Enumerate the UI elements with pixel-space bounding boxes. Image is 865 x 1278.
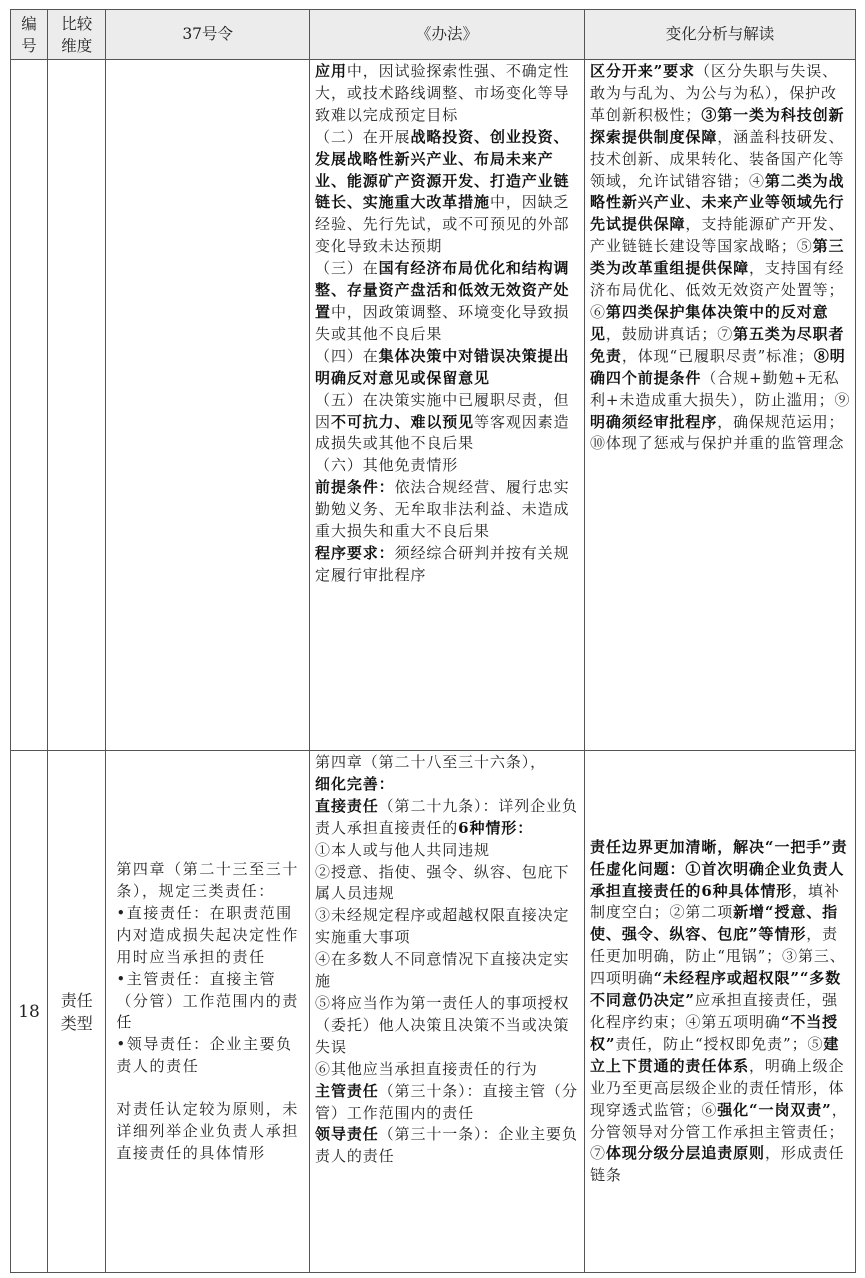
header-analysis: 变化分析与解读 bbox=[585, 10, 856, 60]
table-row: 应用中，因试验探索性强、不确定性大，或技术路线调整、市场变化等导致难以完成预定目… bbox=[11, 60, 856, 751]
old-line-direct: •直接责任：在职责范围内对造成损失起决定性作用时应当承担的责任 bbox=[116, 903, 303, 969]
old-line-summary: 对责任认定较为原则，未详细列举企业负责人承担直接责任的具体情形 bbox=[116, 1099, 303, 1165]
row-analysis-cell: 区分开来”要求（区分失职与失误、敢为与乱为、为公与为私），保护改革创新积极性；③… bbox=[585, 60, 856, 751]
row-measures-cell: 应用中，因试验探索性强、不确定性大，或技术路线调整、市场变化等导致难以完成预定目… bbox=[310, 60, 585, 751]
comparison-table: 编号 比较维度 37号令 《办法》 变化分析与解读 应用中，因试验探索性强、不确… bbox=[10, 9, 856, 1273]
row-measures-cell: 第四章（第二十八至三十六条），细化完善：直接责任（第二十九条）：详列企业负责人承… bbox=[310, 751, 585, 1273]
row-dimension bbox=[48, 60, 106, 751]
header-37-order: 37号令 bbox=[106, 10, 310, 60]
row-dimension: 责任类型 bbox=[48, 751, 106, 1273]
header-dimension: 比较维度 bbox=[48, 10, 106, 60]
row-37-order-cell: 第四章（第二十三至三十条），规定三类责任： •直接责任：在职责范围内对造成损失起… bbox=[106, 751, 310, 1273]
old-line-leadership: •领导责任：企业主要负责人的责任 bbox=[116, 1034, 303, 1078]
row-37-order-cell bbox=[106, 60, 310, 751]
measures-text: 第四章（第二十八至三十六条），细化完善：直接责任（第二十九条）：详列企业负责人承… bbox=[310, 751, 584, 1168]
header-row: 编号 比较维度 37号令 《办法》 变化分析与解读 bbox=[11, 10, 856, 60]
old-line: 第四章（第二十三至三十条），规定三类责任： bbox=[116, 859, 303, 903]
row-analysis-cell: 责任边界更加清晰，解决“一把手”责任虚化问题：①首次明确企业负责人承担直接责任的… bbox=[585, 751, 856, 1273]
row-number bbox=[11, 60, 48, 751]
old-line-supervisory: •主管责任：直接主管（分管）工作范围内的责任 bbox=[116, 969, 303, 1035]
table-row: 18 责任类型 第四章（第二十三至三十条），规定三类责任： •直接责任：在职责范… bbox=[11, 751, 856, 1273]
old-text: 第四章（第二十三至三十条），规定三类责任： •直接责任：在职责范围内对造成损失起… bbox=[106, 858, 309, 1165]
measures-text: 应用中，因试验探索性强、不确定性大，或技术路线调整、市场变化等导致难以完成预定目… bbox=[310, 60, 584, 587]
header-measures: 《办法》 bbox=[310, 10, 585, 60]
analysis-text: 区分开来”要求（区分失职与失误、敢为与乱为、为公与为私），保护改革创新积极性；③… bbox=[585, 60, 855, 455]
row-number: 18 bbox=[11, 751, 48, 1273]
old-line-spacer bbox=[116, 1078, 303, 1099]
analysis-text: 责任边界更加清晰，解决“一把手”责任虚化问题：①首次明确企业负责人承担直接责任的… bbox=[585, 836, 855, 1188]
header-no: 编号 bbox=[11, 10, 48, 60]
